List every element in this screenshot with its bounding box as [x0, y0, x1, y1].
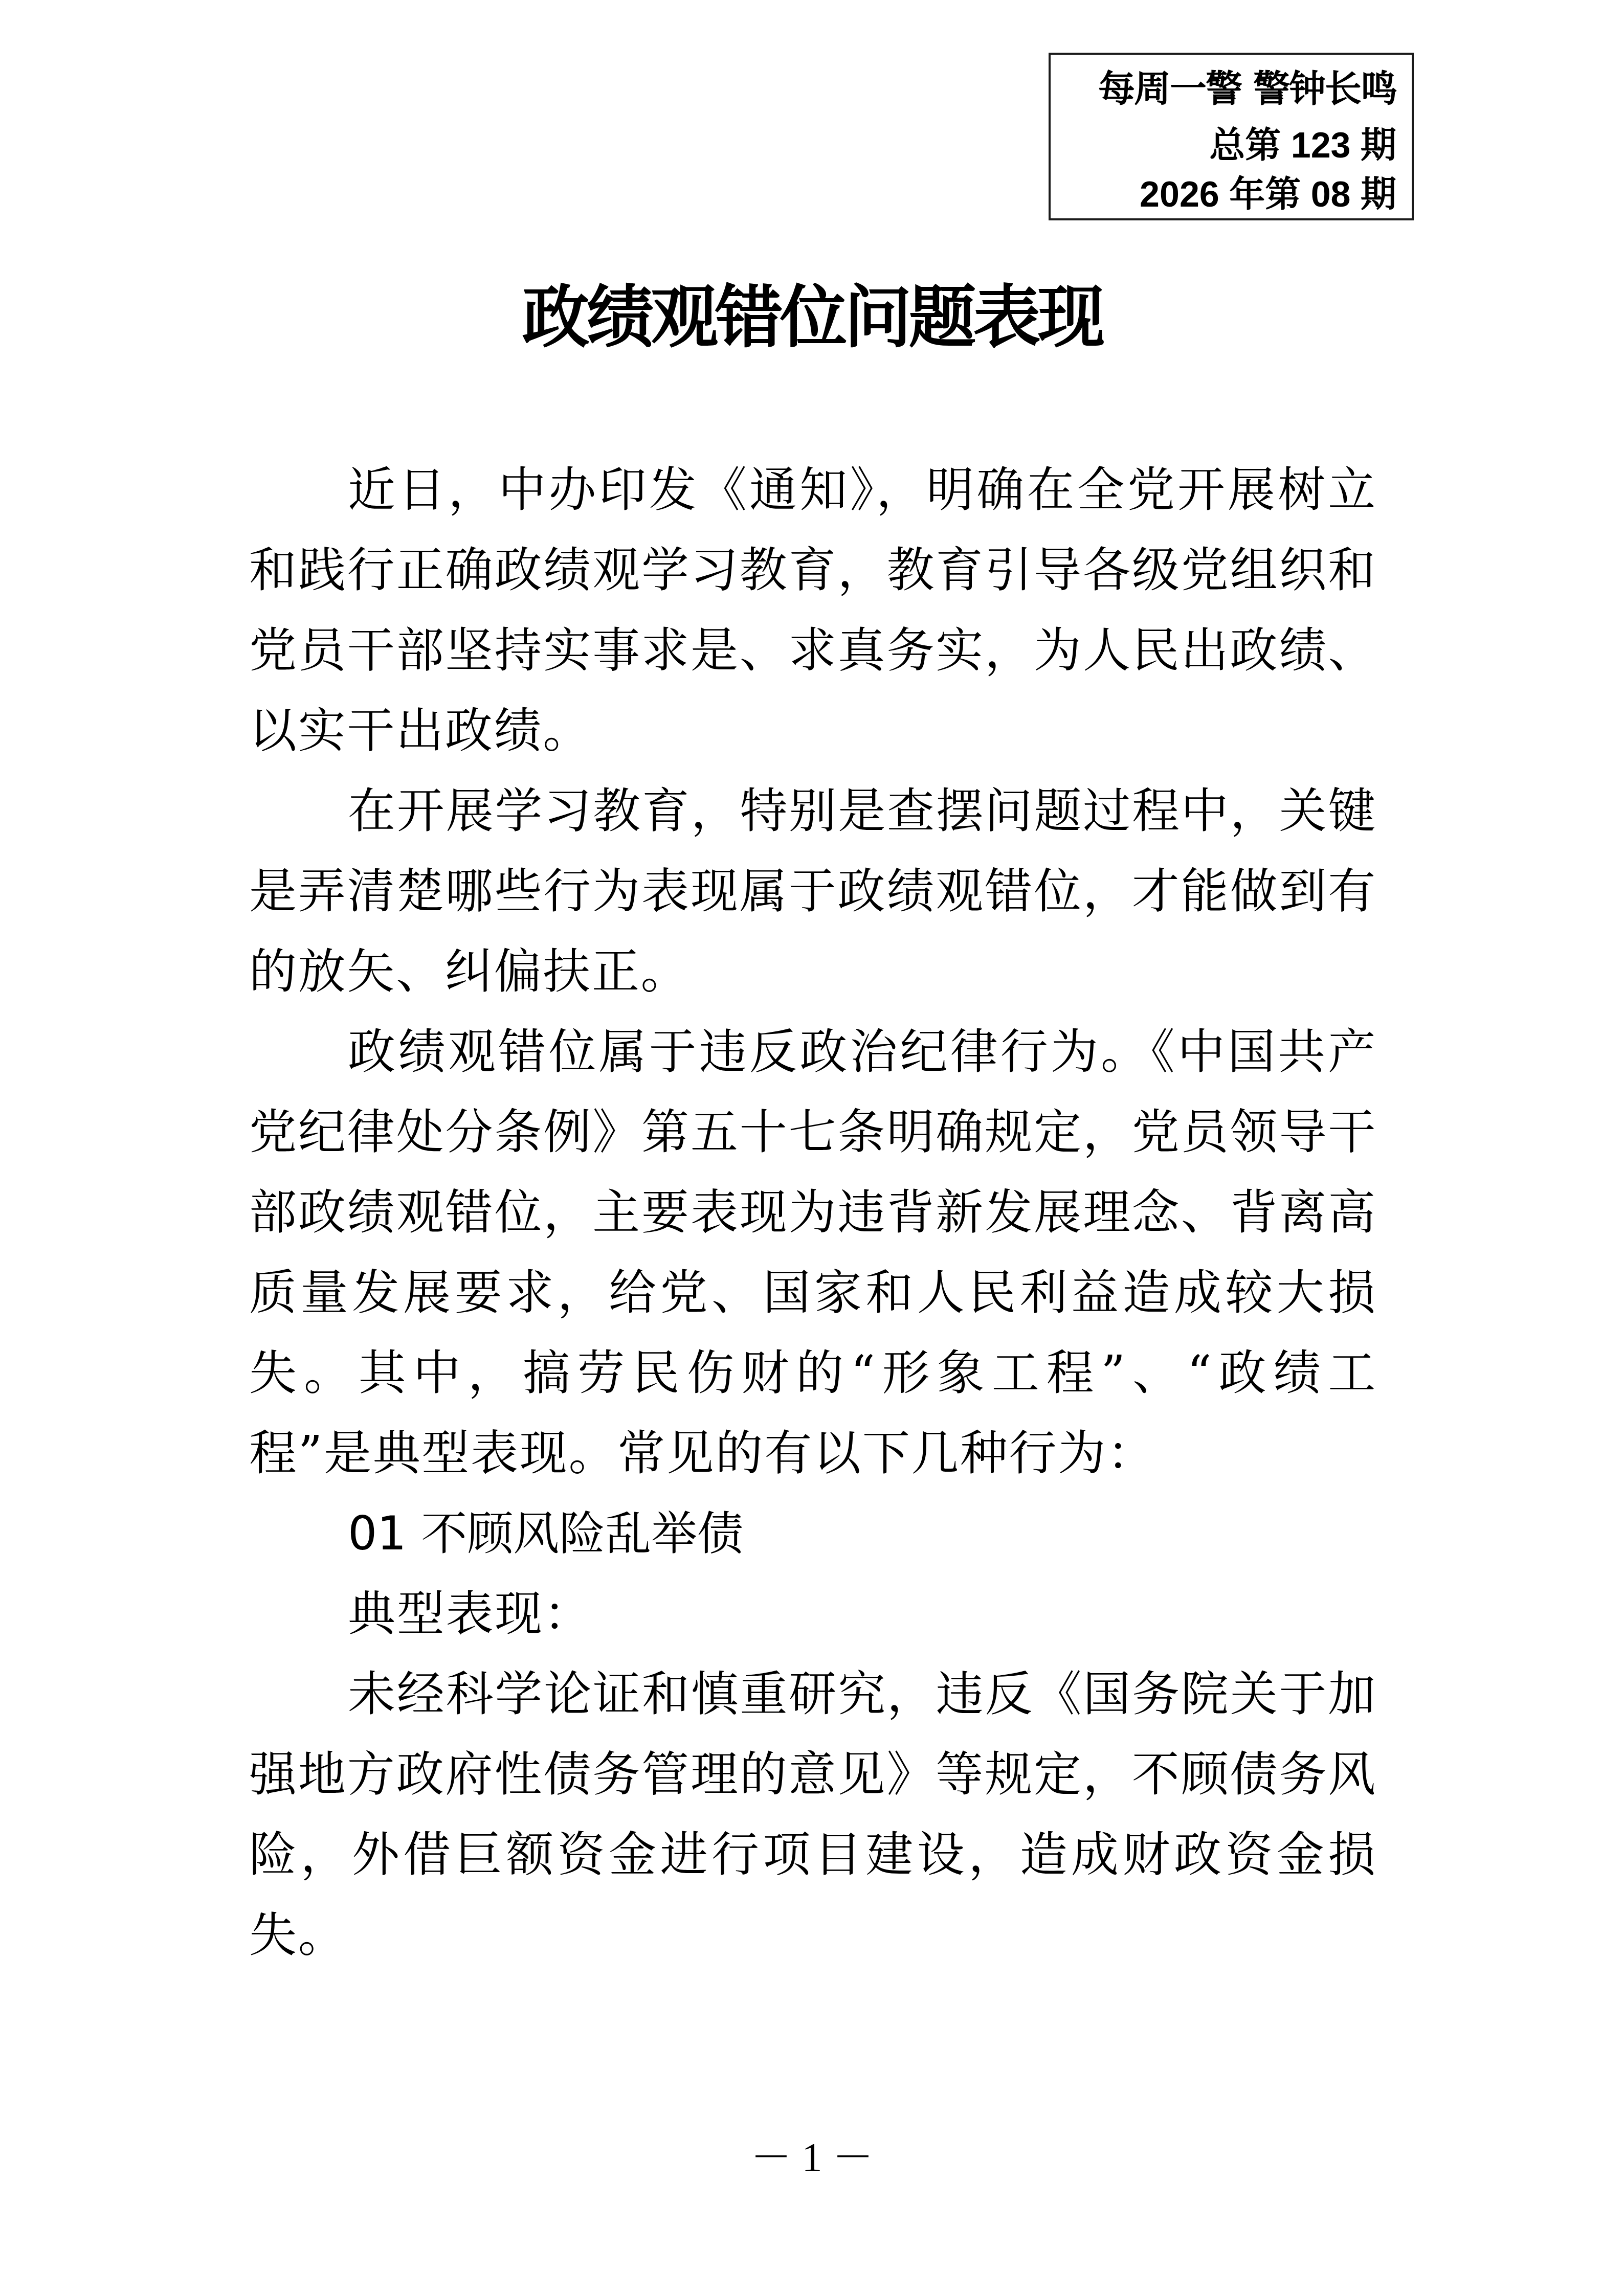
section-body: 未经科学论证和慎重研究，违反《国务院关于加强地方政府性债务管理的意见》等规定，不…	[249, 1654, 1377, 1975]
document-body: 近日，中办印发《通知》，明确在全党开展树立和践行正确政绩观学习教育，教育引导各级…	[249, 450, 1377, 1975]
section-heading: 01 不顾风险乱举债	[249, 1494, 1377, 1574]
document-title: 政绩观错位问题表现	[0, 280, 1624, 354]
issue-info-box: 每周一警 警钟长鸣 总第 123 期 2026 年第 08 期	[1049, 53, 1414, 220]
year-issue-number: 2026 年第 08 期	[1140, 176, 1396, 212]
total-issue-number: 总第 123 期	[1209, 127, 1396, 163]
paragraph-intro: 近日，中办印发《通知》，明确在全党开展树立和践行正确政绩观学习教育，教育引导各级…	[249, 450, 1377, 771]
page-number: － 1 －	[0, 2137, 1624, 2178]
section-subheading: 典型表现：	[249, 1574, 1377, 1654]
paragraph-definition: 政绩观错位属于违反政治纪律行为。《中国共产党纪律处分条例》第五十七条明确规定，党…	[249, 1012, 1377, 1494]
series-name: 每周一警 警钟长鸣	[1098, 70, 1396, 107]
paragraph-context: 在开展学习教育，特别是查摆问题过程中，关键是弄清楚哪些行为表现属于政绩观错位，才…	[249, 771, 1377, 1012]
